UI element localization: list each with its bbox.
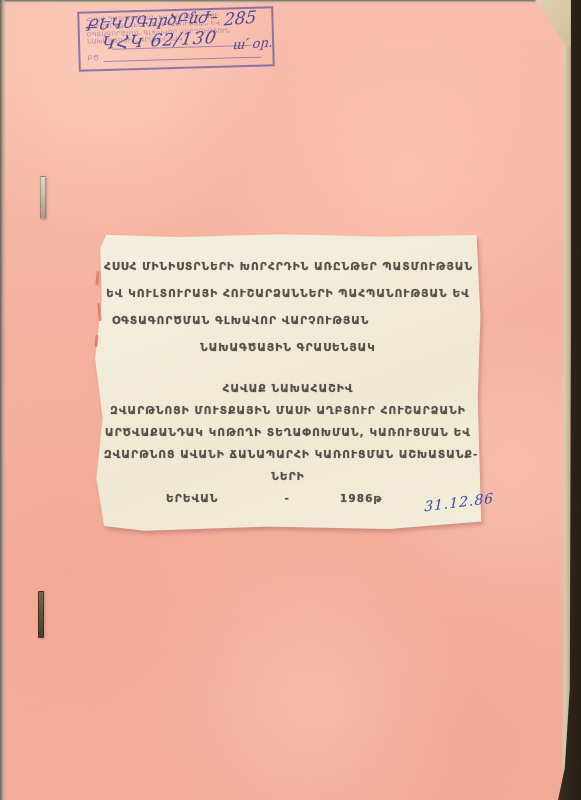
scan-edge-top (0, 0, 581, 3)
org-name-line: ՕԳՏԱԳՈՐԾՄԱՆ ԳԼԽԱՎՈՐ ՎԱՐՉՈՒԹՅԱՆ (104, 308, 472, 335)
dash-separator: - (284, 488, 289, 510)
document-title-line: ԱՐԾՎԱՔԱՆԴԱԿ ԿՈԹՈՂԻ ՏԵՂԱՓՈԽՄԱՆ, ԿԱՌՈՒՑՄԱՆ… (104, 422, 472, 444)
label-paper: ՀՍՍՀ ՄԻՆԻՍՏՐՆԵՐԻ ԽՈՐՀՐԴԻՆ ԱՌԸՆԹԵՐ ՊԱՏՄՈՒ… (94, 233, 482, 532)
document-title-line: ՆԵՐԻ (104, 466, 472, 488)
document-title-line: ԶՎԱՐԹՆՈՑԻ ՄՈՒՏՔԱՅԻՆ ՄԱՍԻ ԱՂԲՅՈՒՐ ՀՈՒՇԱՐՁ… (104, 400, 472, 422)
scanned-cover-page: ՀՍՍՀ ՊԱՏՄՈՒԹՅԱՆ ԵՎ ԿՈՒԼՏՈՒՐԱՅԻ ՀՈՒՇԱՐՁԱՆ… (0, 0, 581, 800)
stamp-prefix-label: ԲԾ (87, 55, 99, 63)
stamp-handwritten-note: ա՛ օր. (232, 36, 273, 54)
document-title-line: ԶՎԱՐԹՆՈՑ ԱՎԱՆԻ ՃԱՆԱՊԱՐՀԻ ԿԱՌՈՒՑՄԱՆ ԱՇԽԱՏ… (104, 444, 472, 466)
org-name-line: ՀՍՍՀ ՄԻՆԻՍՏՐՆԵՐԻ ԽՈՐՀՐԴԻՆ ԱՌԸՆԹԵՐ ՊԱՏՄՈՒ… (104, 254, 472, 281)
staple-top (40, 176, 46, 219)
document-type-heading: ՀԱՎԱՔ ՆԱԽԱՀԱՇԻՎ (104, 378, 472, 400)
org-name-line: ԵՎ ԿՈՒԼՏՈՒՐԱՅԻ ՀՈՒՇԱՐՁԱՆՆԵՐԻ ՊԱՀՊԱՆՈՒԹՅԱ… (104, 281, 472, 308)
staple-bottom (38, 591, 44, 638)
stamp-handwritten-number: 285 (223, 7, 257, 30)
torn-edge-mark (95, 271, 99, 285)
scan-edge-left (0, 0, 6, 800)
year-label: 1986թ (340, 488, 383, 510)
org-name-line: ՆԱԽԱԳԾԱՅԻՆ ԳՐԱՍԵՆՅԱԿ (104, 335, 472, 362)
city-label: ԵՐԵՎԱՆ (166, 488, 218, 510)
pasted-label: ՀՍՍՀ ՄԻՆԻՍՏՐՆԵՐԻ ԽՈՐՀՐԴԻՆ ԱՌԸՆԹԵՐ ՊԱՏՄՈՒ… (94, 233, 482, 532)
city-year-line: ԵՐԵՎԱՆ - 1986թ (104, 488, 472, 510)
